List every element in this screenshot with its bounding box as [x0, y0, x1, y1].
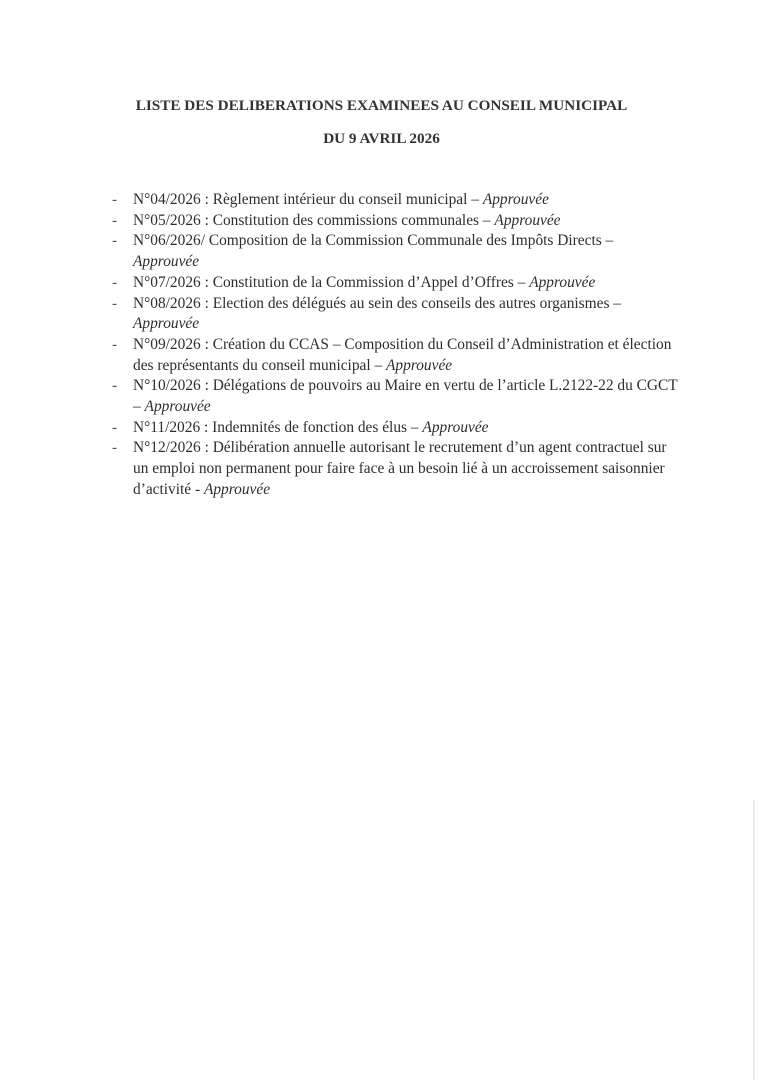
- deliberation-text: N°07/2026 : Constitution de la Commissio…: [133, 274, 529, 291]
- deliberation-text: N°11/2026 : Indemnités de fonction des é…: [133, 419, 422, 436]
- deliberation-text: N°10/2026 : Délégations de pouvoirs au M…: [133, 377, 677, 415]
- bullet-dash: -: [112, 211, 117, 232]
- document-title: LISTE DES DELIBERATIONS EXAMINEES AU CON…: [0, 97, 763, 115]
- scan-edge-line: [753, 800, 755, 1080]
- list-item: -N°12/2026 : Délibération annuelle autor…: [108, 438, 678, 500]
- status-label: Approuvée: [386, 357, 452, 374]
- status-label: Approuvée: [494, 212, 560, 229]
- document-date: DU 9 AVRIL 2026: [0, 130, 763, 148]
- status-label: Approuvée: [145, 398, 211, 415]
- list-item: -N°07/2026 : Constitution de la Commissi…: [108, 273, 678, 294]
- bullet-dash: -: [112, 190, 117, 211]
- list-item: -N°04/2026 : Règlement intérieur du cons…: [108, 190, 678, 211]
- list-item: -N°05/2026 : Constitution des commission…: [108, 211, 678, 232]
- bullet-dash: -: [112, 376, 117, 397]
- bullet-dash: -: [112, 273, 117, 294]
- status-label: Approuvée: [529, 274, 595, 291]
- status-label: Approuvée: [422, 419, 488, 436]
- deliberation-list: -N°04/2026 : Règlement intérieur du cons…: [108, 190, 678, 501]
- bullet-dash: -: [112, 418, 117, 439]
- list-item: -N°09/2026 : Création du CCAS – Composit…: [108, 335, 678, 376]
- status-label: Approuvée: [204, 481, 270, 498]
- document-page: LISTE DES DELIBERATIONS EXAMINEES AU CON…: [0, 0, 763, 1080]
- bullet-dash: -: [112, 294, 117, 315]
- deliberation-text: N°08/2026 : Election des délégués au sei…: [133, 295, 621, 312]
- deliberation-text: N°05/2026 : Constitution des commissions…: [133, 212, 494, 229]
- list-item: -N°08/2026 : Election des délégués au se…: [108, 294, 678, 335]
- list-item: -N°11/2026 : Indemnités de fonction des …: [108, 418, 678, 439]
- status-label: Approuvée: [133, 315, 199, 332]
- list-item: -N°06/2026/ Composition de la Commission…: [108, 231, 678, 272]
- bullet-dash: -: [112, 438, 117, 459]
- deliberation-text: N°04/2026 : Règlement intérieur du conse…: [133, 191, 483, 208]
- deliberation-text: N°06/2026/ Composition de la Commission …: [133, 232, 613, 249]
- list-item: -N°10/2026 : Délégations de pouvoirs au …: [108, 376, 678, 417]
- status-label: Approuvée: [133, 253, 199, 270]
- bullet-dash: -: [112, 231, 117, 252]
- status-label: Approuvée: [483, 191, 549, 208]
- bullet-dash: -: [112, 335, 117, 356]
